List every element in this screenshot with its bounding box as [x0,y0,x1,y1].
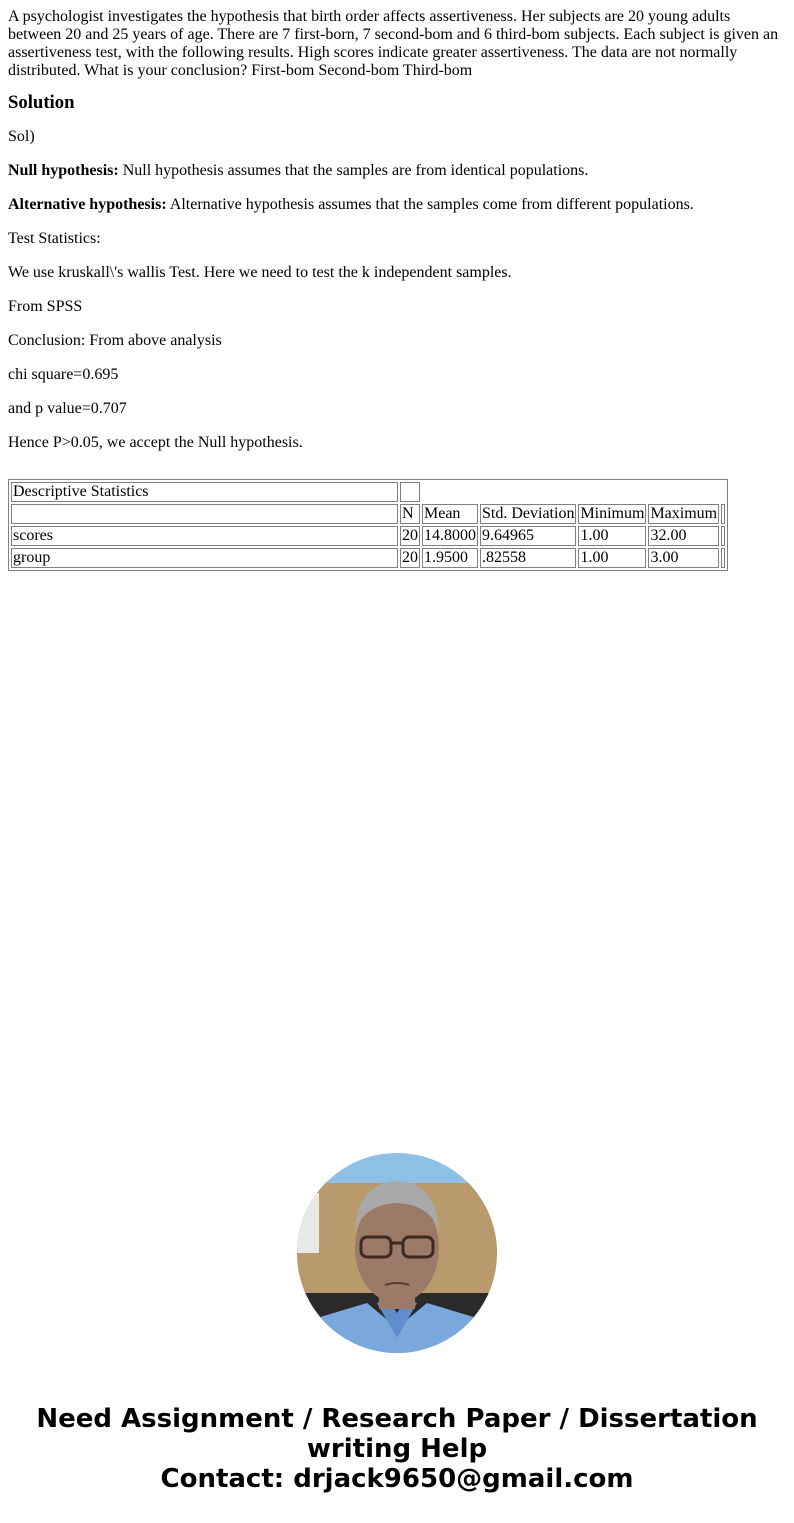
header-cell: N [400,504,420,524]
table-cell: 20 [400,548,420,568]
alternative-hypothesis: Alternative hypothesis: Alternative hypo… [8,196,786,214]
test-description: We use kruskall\'s wallis Test. Here we … [8,264,786,282]
header-cell: Std. Deviation [480,504,576,524]
table-title: Descriptive Statistics [11,482,398,502]
header-cell: Mean [422,504,478,524]
promo-banner: Need Assignment / Research Paper / Disse… [0,1404,794,1494]
null-hypothesis-text: Null hypothesis assumes that the samples… [119,162,589,179]
sol-label: Sol) [8,128,786,146]
solution-heading: Solution [8,92,786,114]
decision-text: Hence P>0.05, we accept the Null hypothe… [8,434,786,452]
p-value: and p value=0.707 [8,400,786,418]
source-label: From SPSS [8,298,786,316]
document-body: A psychologist investigates the hypothes… [8,8,786,452]
table-tail-cell [721,548,725,568]
table-header-row: N Mean Std. Deviation Minimum Maximum [11,504,725,524]
header-cell: Maximum [648,504,719,524]
table-tail-cell [721,504,725,524]
descriptive-statistics-table: Descriptive Statistics N Mean Std. Devia… [8,479,728,571]
conclusion-label: Conclusion: From above analysis [8,332,786,350]
person-photo-icon [297,1153,497,1353]
table-row: group 20 1.9500 .82558 1.00 3.00 [11,548,725,568]
author-avatar [297,1153,497,1353]
table-title-row: Descriptive Statistics [11,482,725,502]
alternative-hypothesis-text: Alternative hypothesis assumes that the … [167,196,694,213]
table-cell: 1.00 [578,548,646,568]
alternative-hypothesis-label: Alternative hypothesis: [8,196,167,213]
table-cell: 14.8000 [422,526,478,546]
table-cell: group [11,548,398,568]
table-cell: 1.00 [578,526,646,546]
table-cell: 1.9500 [422,548,478,568]
table-cell: 32.00 [648,526,719,546]
header-cell: Minimum [578,504,646,524]
null-hypothesis-label: Null hypothesis: [8,162,119,179]
chi-square-value: chi square=0.695 [8,366,786,384]
promo-line-2: writing Help [0,1434,794,1464]
null-hypothesis: Null hypothesis: Null hypothesis assumes… [8,162,786,180]
table-cell: 3.00 [648,548,719,568]
test-statistics-label: Test Statistics: [8,230,786,248]
table-empty-cell [400,482,420,502]
promo-line-1: Need Assignment / Research Paper / Disse… [0,1404,794,1434]
header-cell [11,504,398,524]
table-cell: 9.64965 [480,526,576,546]
table-cell: .82558 [480,548,576,568]
table-tail-cell [721,526,725,546]
table-cell: scores [11,526,398,546]
table-row: scores 20 14.8000 9.64965 1.00 32.00 [11,526,725,546]
question-text: A psychologist investigates the hypothes… [8,8,786,80]
promo-contact: Contact: drjack9650@gmail.com [0,1464,794,1494]
table-cell: 20 [400,526,420,546]
